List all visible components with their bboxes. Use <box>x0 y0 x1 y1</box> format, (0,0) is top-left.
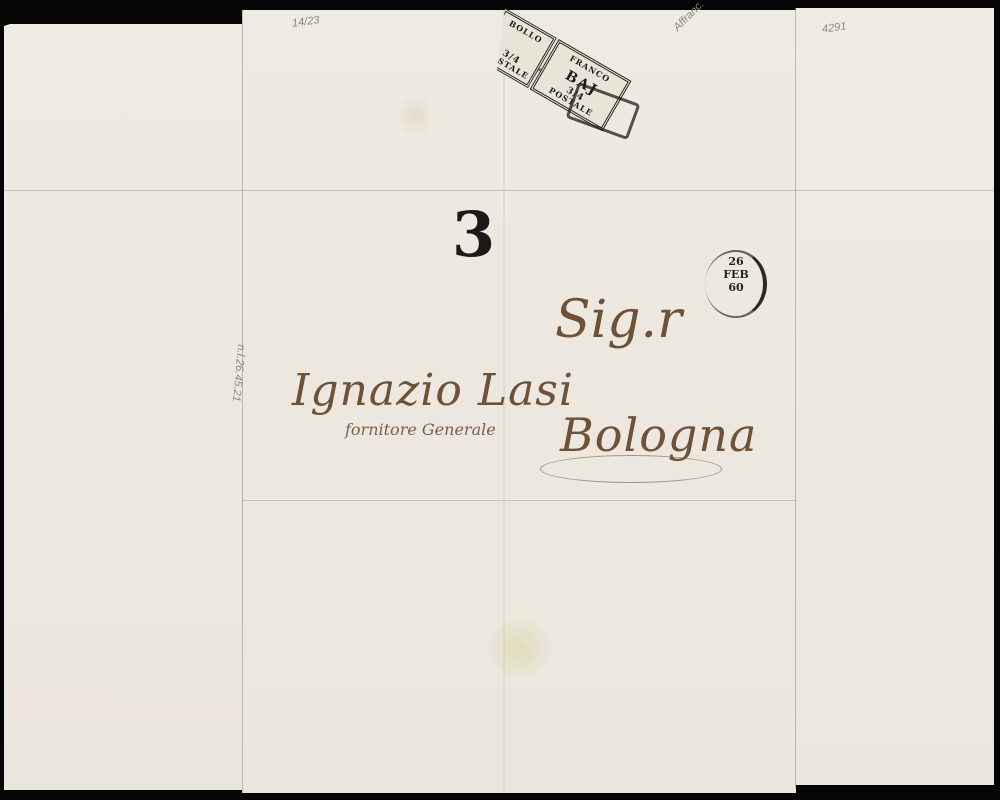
datestamp-year: 60 <box>716 281 756 294</box>
datestamp-day: 26 <box>716 255 756 268</box>
letter-left-flap <box>4 24 242 790</box>
letter-right-flap <box>796 8 994 785</box>
fold-line-upper <box>4 190 994 191</box>
address-title: fornitore Generale <box>345 420 496 439</box>
fold-line-right <box>795 8 796 788</box>
address-city: Bologna <box>560 408 757 462</box>
fold-line-left <box>242 10 243 793</box>
datestamp-text: 26 FEB 60 <box>716 255 756 294</box>
address-flourish <box>540 455 722 483</box>
fold-line-lower <box>242 500 796 501</box>
wax-seal-residue <box>490 618 550 678</box>
datestamp-month: FEB <box>716 268 756 281</box>
address-honorific: Sig.r <box>555 290 682 350</box>
paper-stain <box>400 85 430 145</box>
address-name: Ignazio Lasi <box>292 365 574 416</box>
rate-numeral-handstamp: 3 <box>452 198 495 271</box>
